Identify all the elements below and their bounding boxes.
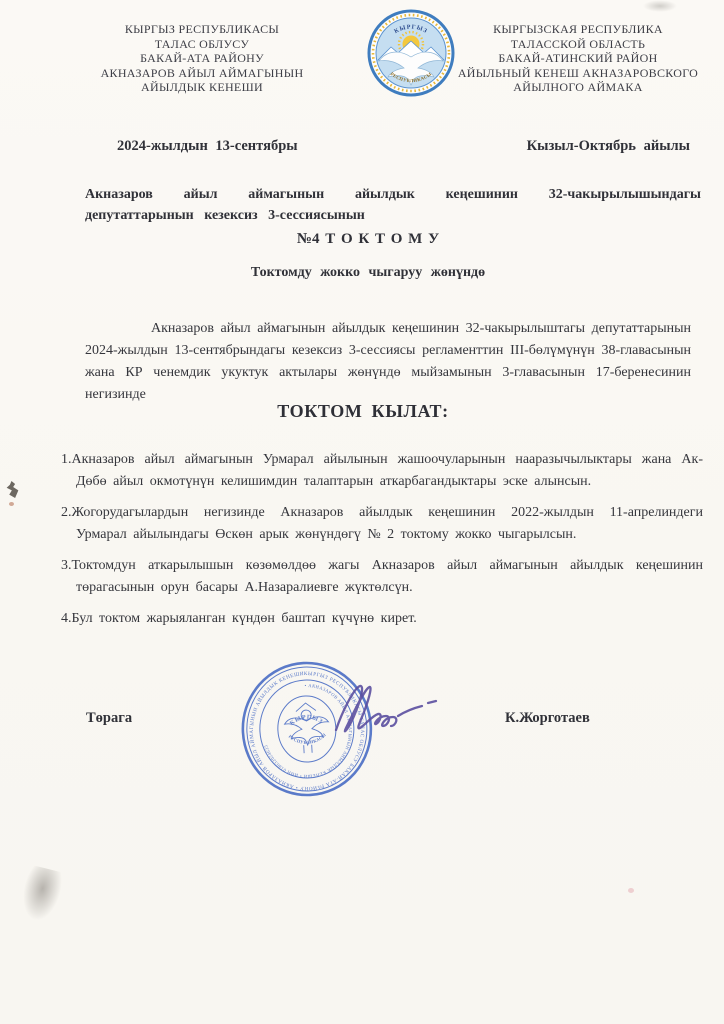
item-text: Токтомдун аткарылышын көзөмөлдөө жагы Ак… bbox=[72, 558, 704, 595]
header-left-line: АКНАЗАРОВ АЙЫЛ АЙМАГЫНЫН bbox=[52, 66, 352, 81]
item-text: Жогорудагылардын негизинде Акназаров айы… bbox=[72, 505, 704, 542]
scanned-decree-page: КЫРГЫЗ РЕСПУБЛИКАСЫ ТАЛАС ОБЛУСУ БАКАЙ-А… bbox=[0, 0, 724, 1024]
scan-artifact-speck bbox=[628, 888, 634, 893]
decree-heading: ТОКТОМ КЫЛАТ: bbox=[60, 401, 666, 422]
scan-artifact-ink-mark bbox=[6, 481, 19, 498]
session-line: Акназаров айыл аймагынын айылдык кеңешин… bbox=[85, 184, 701, 226]
header-right-line: АЙЫЛНОГО АЙМАКА bbox=[430, 80, 724, 95]
item-number: 2. bbox=[61, 505, 72, 520]
header-left-line: АЙЫЛДЫК КЕНЕШИ bbox=[52, 80, 352, 95]
signature-graphic bbox=[330, 672, 465, 746]
resolution-item-2: 2.Жогорудагылардын негизинде Акназаров а… bbox=[61, 502, 703, 545]
header-left-line: ТАЛАС ОБЛУСУ bbox=[52, 37, 352, 52]
signoff-name: К.Жорготаев bbox=[505, 710, 590, 727]
item-number: 3. bbox=[61, 558, 72, 573]
header-left-line: КЫРГЫЗ РЕСПУБЛИКАСЫ bbox=[52, 22, 352, 37]
item-text: Акназаров айыл аймагынын Урмарал айылыны… bbox=[72, 452, 704, 489]
resolution-item-3: 3.Токтомдун аткарылышын көзөмөлдөө жагы … bbox=[61, 555, 703, 598]
header-left-kyrgyz: КЫРГЫЗ РЕСПУБЛИКАСЫ ТАЛАС ОБЛУСУ БАКАЙ-А… bbox=[52, 22, 352, 95]
item-number: 1. bbox=[61, 452, 72, 467]
item-text: Бул токтом жарыяланган күндөн баштап күч… bbox=[72, 611, 417, 626]
scan-artifact-dot bbox=[9, 502, 14, 506]
resolution-item-1: 1.Акназаров айыл аймагынын Урмарал айылы… bbox=[61, 449, 703, 492]
document-date: 2024-жылдын 13-сентябры bbox=[117, 138, 298, 155]
decree-subject: Токтомду жокко чыгаруу жөнүндө bbox=[60, 265, 676, 281]
stamp-center-top-text: КЫРГЫЗ bbox=[289, 714, 324, 727]
resolution-items: 1.Акназаров айыл аймагынын Урмарал айылы… bbox=[61, 449, 703, 640]
signoff-title: Төрага bbox=[86, 710, 132, 727]
scan-artifact-smudge bbox=[16, 864, 66, 926]
handwritten-signature bbox=[330, 672, 465, 751]
svg-text:КЫРГЫЗ: КЫРГЫЗ bbox=[289, 714, 324, 727]
header-right-line: АЙЫЛЬНЫЙ КЕНЕШ АКНАЗАРОВСКОГО bbox=[430, 66, 724, 81]
decree-number-title: №4 Т О К Т О М У bbox=[60, 231, 676, 248]
header-right-line: КЫРГЫЗСКАЯ РЕСПУБЛИКА bbox=[430, 22, 724, 37]
header-right-russian: КЫРГЫЗСКАЯ РЕСПУБЛИКА ТАЛАССКОЙ ОБЛАСТЬ … bbox=[430, 22, 724, 95]
scan-artifact-top-mark bbox=[643, 0, 677, 12]
preamble-paragraph: Акназаров айыл аймагынын айылдык кеңешин… bbox=[85, 318, 691, 406]
resolution-item-4: 4.Бул токтом жарыяланган күндөн баштап к… bbox=[61, 608, 703, 630]
dateline: 2024-жылдын 13-сентябры Кызыл-Октябрь ай… bbox=[117, 138, 690, 155]
document-place: Кызыл-Октябрь айылы bbox=[527, 138, 690, 155]
item-number: 4. bbox=[61, 611, 72, 626]
header-left-line: БАКАЙ-АТА РАЙОНУ bbox=[52, 51, 352, 66]
header-right-line: БАКАЙ-АТИНСКИЙ РАЙОН bbox=[430, 51, 724, 66]
header-right-line: ТАЛАССКОЙ ОБЛАСТЬ bbox=[430, 37, 724, 52]
